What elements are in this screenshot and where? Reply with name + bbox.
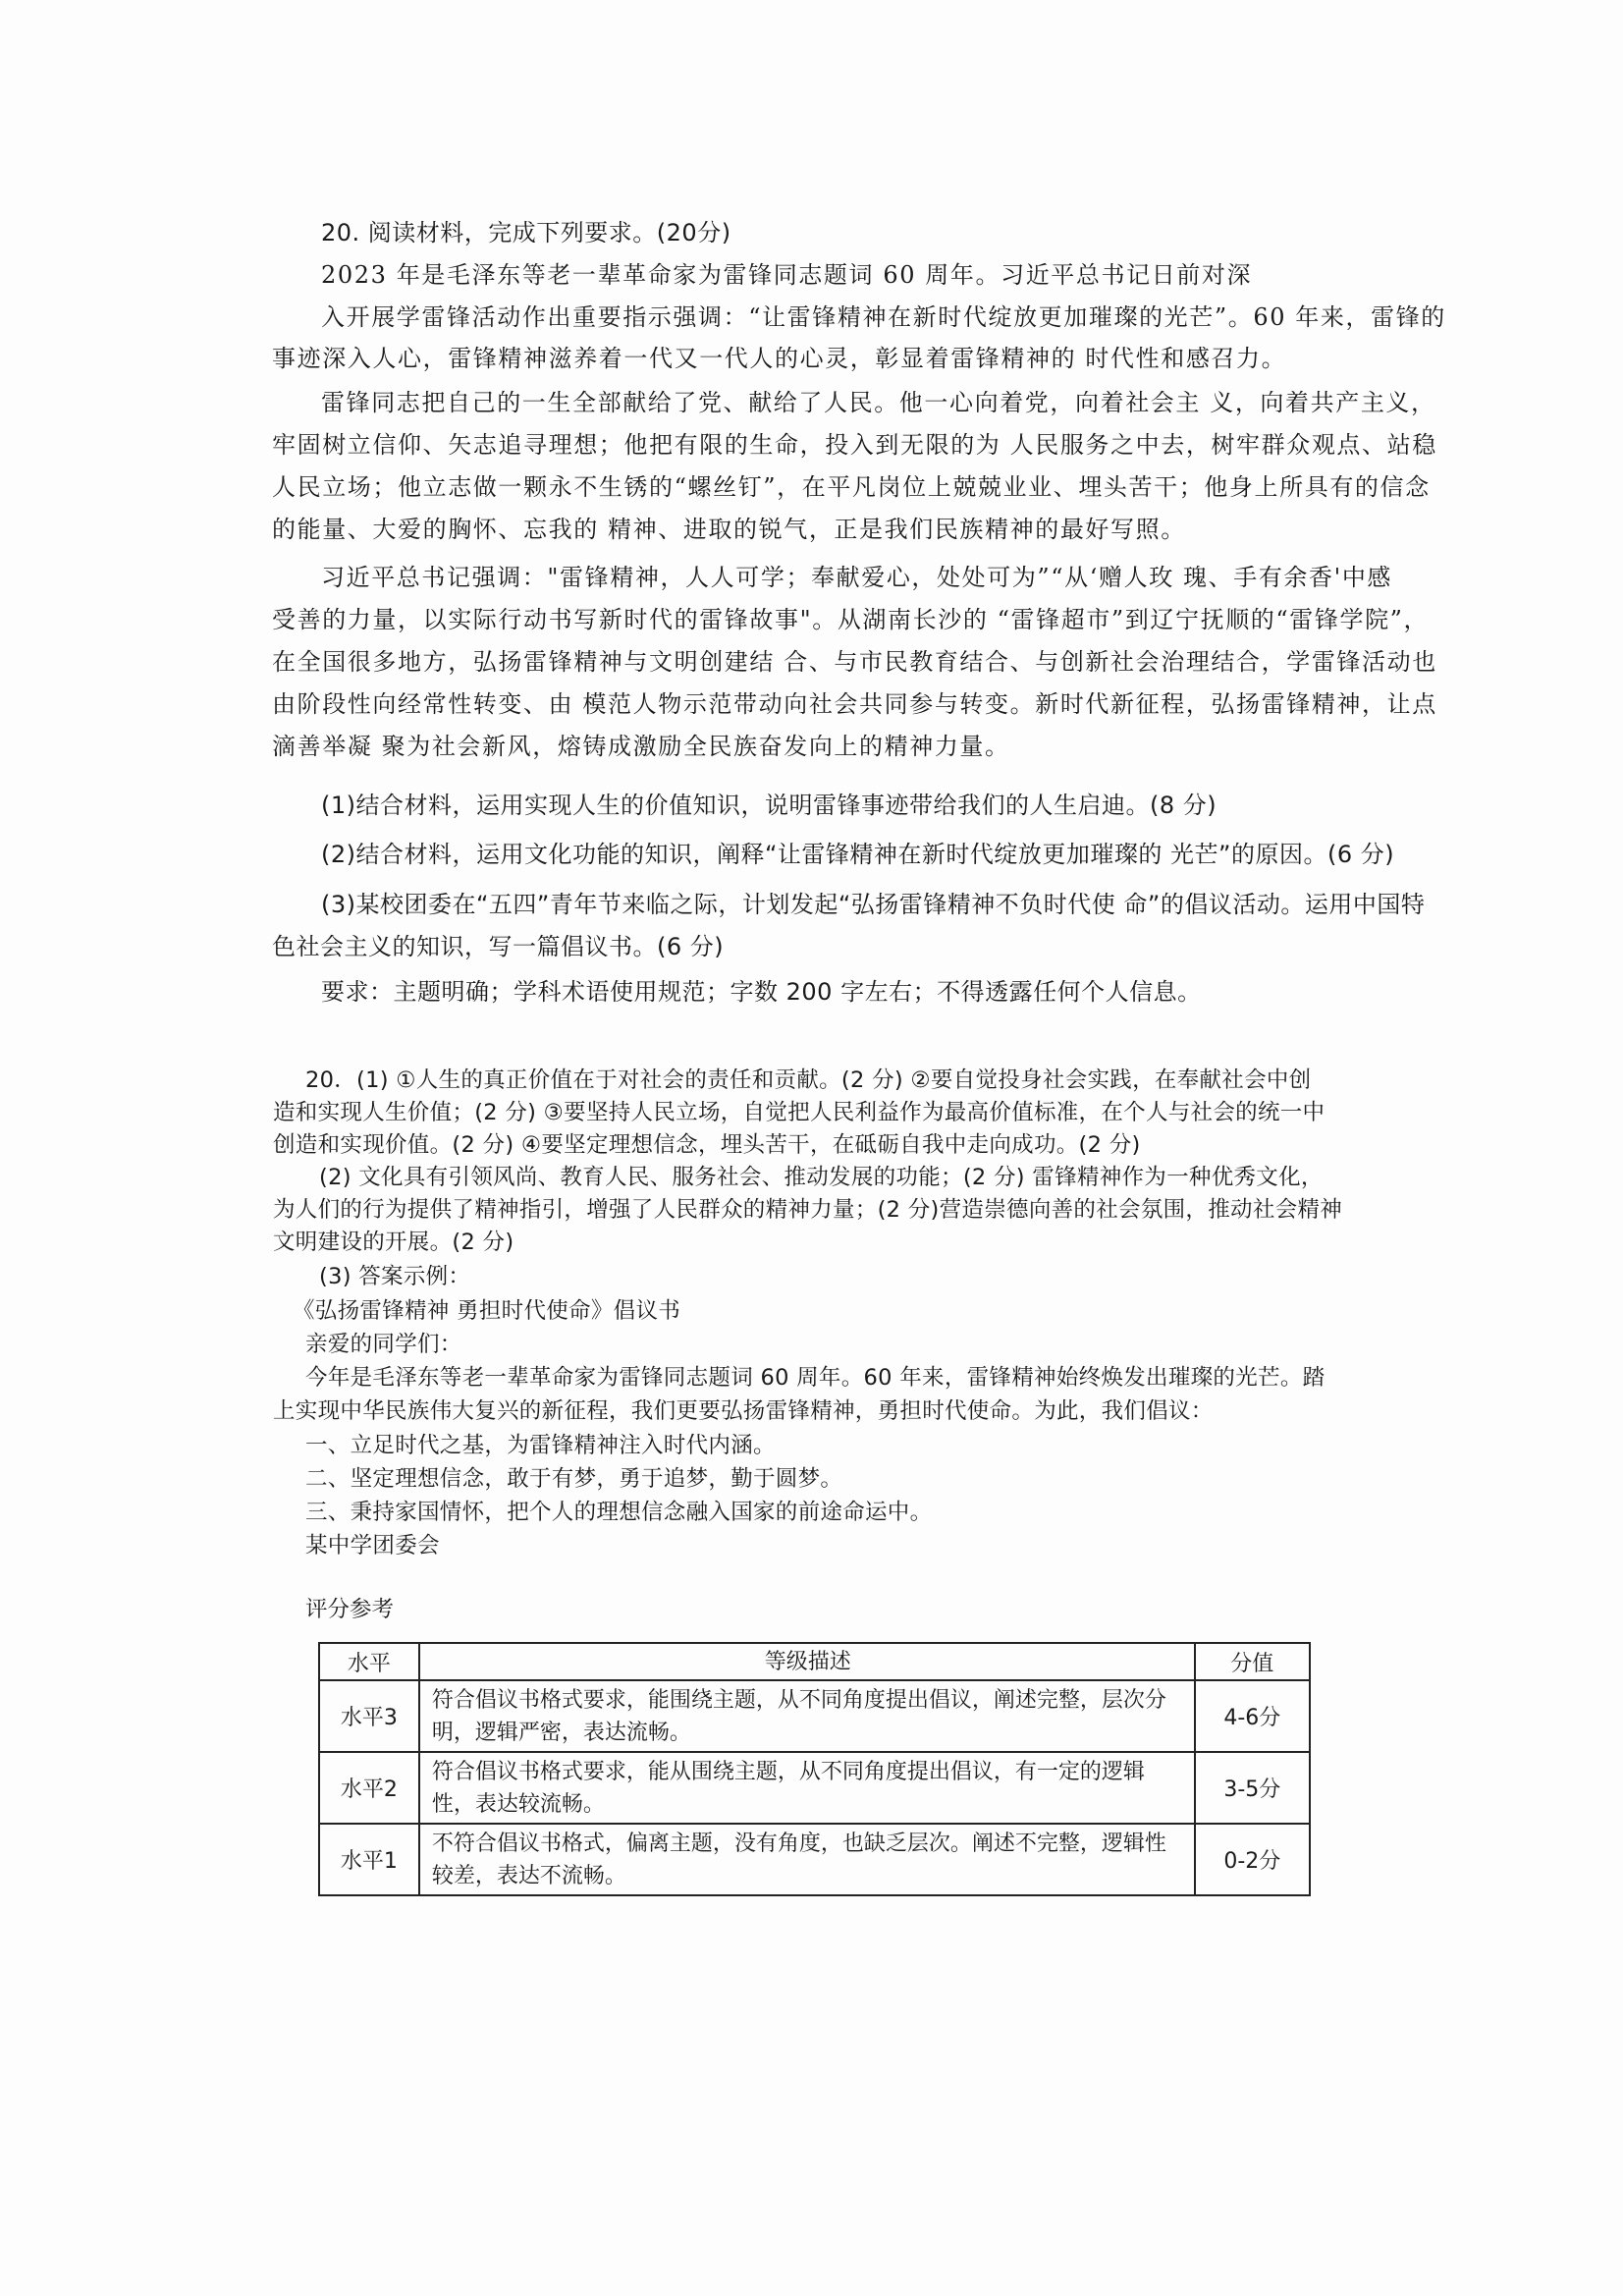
letter-title: 《弘扬雷锋精神 勇担时代使命》倡议书 bbox=[293, 1300, 680, 1323]
answer-part3-label: (3) 答案示例： bbox=[319, 1266, 470, 1288]
rubric-desc: 符合倡议书格式要求，能从围绕主题，从不同角度提出倡议，有一定的逻辑性，表达较流畅… bbox=[419, 1752, 1195, 1824]
letter-body-line: 上实现中华民族伟大复兴的新征程，我们更要弘扬雷锋精神，勇担时代使命。为此，我们倡… bbox=[273, 1400, 1214, 1423]
rubric-level: 水平2 bbox=[319, 1752, 419, 1824]
material-line: 在全国很多地方，弘扬雷锋精神与文明创建结 合、与市民教育结合、与创新社会治理结合… bbox=[272, 650, 1437, 674]
material-line: 的能量、大爱的胸怀、忘我的 精神、进取的锐气，正是我们民族精神的最好写照。 bbox=[272, 518, 1186, 541]
material-line: 习近平总书记强调："雷锋精神，人人可学；奉献爱心，处处可为”“从‘赠人玫 瑰、手… bbox=[321, 566, 1392, 589]
letter-body-line: 今年是毛泽东等老一辈革命家为雷锋同志题词 60 周年。60 年来，雷锋精神始终焕… bbox=[305, 1367, 1325, 1390]
rubric-level: 水平1 bbox=[319, 1824, 419, 1895]
rubric-desc: 符合倡议书格式要求，能围绕主题，从不同角度提出倡议，阐述完整，层次分明，逻辑严密… bbox=[419, 1680, 1195, 1752]
rubric-row: 水平1 不符合倡议书格式，偏离主题，没有角度，也缺乏层次。阐述不完整，逻辑性较差… bbox=[319, 1824, 1310, 1895]
letter-item-3: 三、秉持家国情怀，把个人的理想信念融入国家的前途命运中。 bbox=[305, 1502, 932, 1524]
sub-question-2: (2)结合材料，运用文化功能的知识，阐释“让雷锋精神在新时代绽放更加璀璨的 光芒… bbox=[321, 843, 1394, 866]
sub-question-1: (1)结合材料，运用实现人生的价值知识，说明雷锋事迹带给我们的人生启迪。(8 分… bbox=[321, 793, 1217, 817]
rubric-header-level: 水平 bbox=[319, 1643, 419, 1680]
letter-item-1: 一、立足时代之基，为雷锋精神注入时代内涵。 bbox=[305, 1435, 776, 1457]
material-line: 受善的力量，以实际行动书写新时代的雷锋故事"。从湖南长沙的 “雷锋超市”到辽宁抚… bbox=[272, 608, 1429, 631]
material-line: 2023 年是毛泽东等老一辈革命家为雷锋同志题词 60 周年。习近平总书记日前对… bbox=[321, 263, 1252, 287]
rubric-desc: 不符合倡议书格式，偏离主题，没有角度，也缺乏层次。阐述不完整，逻辑性较差，表达不… bbox=[419, 1824, 1195, 1895]
requirement: 要求：主题明确；学科术语使用规范；字数 200 字左右；不得透露任何个人信息。 bbox=[321, 980, 1202, 1004]
rubric-label: 评分参考 bbox=[305, 1599, 394, 1621]
letter-salutation: 亲爱的同学们： bbox=[305, 1334, 462, 1356]
material-line: 入开展学雷锋活动作出重要指示强调：“让雷锋精神在新时代绽放更加璀璨的光芒”。60… bbox=[321, 305, 1446, 329]
rubric-header-score: 分值 bbox=[1195, 1643, 1310, 1680]
letter-item-2: 二、坚定理想信念，敢于有梦，勇于追梦，勤于圆梦。 bbox=[305, 1468, 842, 1491]
sub-question-3-cont: 色社会主义的知识，写一篇倡议书。(6 分) bbox=[272, 935, 724, 958]
rubric-score: 3-5分 bbox=[1195, 1752, 1310, 1824]
sub-question-3: (3)某校团委在“五四”青年节来临之际，计划发起“弘扬雷锋精神不负时代使 命”的… bbox=[321, 893, 1425, 916]
answer-part1-line: 创造和实现价值。(2 分) ④要坚定理想信念，埋头苦干，在砥砺自我中走向成功。(… bbox=[273, 1134, 1141, 1157]
material-line: 牢固树立信仰、矢志追寻理想；他把有限的生命，投入到无限的为 人民服务之中去，树牢… bbox=[272, 433, 1437, 457]
exam-page: 20. 阅读材料，完成下列要求。(20分) 2023 年是毛泽东等老一辈革命家为… bbox=[0, 0, 1623, 2296]
material-line: 事迹深入人心，雷锋精神滋养着一代又一代人的心灵，彰显着雷锋精神的 时代性和感召力… bbox=[272, 347, 1286, 370]
rubric-row: 水平3 符合倡议书格式要求，能围绕主题，从不同角度提出倡议，阐述完整，层次分明，… bbox=[319, 1680, 1310, 1752]
rubric-level: 水平3 bbox=[319, 1680, 419, 1752]
rubric-row: 水平2 符合倡议书格式要求，能从围绕主题，从不同角度提出倡议，有一定的逻辑性，表… bbox=[319, 1752, 1310, 1824]
letter-signature: 某中学团委会 bbox=[305, 1535, 440, 1558]
material-line: 人民立场；他立志做一颗永不生锈的“螺丝钉”，在平凡岗位上兢兢业业、埋头苦干；他身… bbox=[272, 475, 1431, 499]
answer-part1-line: 20．(1) ①人生的真正价值在于对社会的责任和贡献。(2 分) ②要自觉投身社… bbox=[305, 1069, 1311, 1092]
rubric-header-desc: 等级描述 bbox=[419, 1643, 1195, 1680]
material-line: 雷锋同志把自己的一生全部献给了党、献给了人民。他一心向着党，向着社会主 义，向着… bbox=[321, 391, 1436, 414]
rubric-score: 4-6分 bbox=[1195, 1680, 1310, 1752]
answer-part2-line: 文明建设的开展。(2 分) bbox=[273, 1231, 514, 1254]
answer-part1-line: 造和实现人生价值；(2 分) ③要坚持人民立场，自觉把人民利益作为最高价值标准，… bbox=[273, 1102, 1325, 1124]
rubric-table: 水平 等级描述 分值 水平3 符合倡议书格式要求，能围绕主题，从不同角度提出倡议… bbox=[318, 1642, 1311, 1896]
material-line: 由阶段性向经常性转变、由 模范人物示范带动向社会共同参与转变。新时代新征程，弘扬… bbox=[272, 692, 1437, 716]
material-line: 滴善举凝 聚为社会新风，熔铸成激励全民族奋发向上的精神力量。 bbox=[272, 735, 1010, 758]
rubric-score: 0-2分 bbox=[1195, 1824, 1310, 1895]
rubric-header-row: 水平 等级描述 分值 bbox=[319, 1643, 1310, 1680]
answer-part2-line: (2) 文化具有引领风尚、教育人民、服务社会、推动发展的功能；(2 分) 雷锋精… bbox=[319, 1167, 1324, 1189]
question-title: 20. 阅读材料，完成下列要求。(20分) bbox=[321, 221, 731, 245]
answer-part2-line: 为人们的行为提供了精神指引，增强了人民群众的精神力量；(2 分)营造崇德向善的社… bbox=[273, 1199, 1342, 1222]
